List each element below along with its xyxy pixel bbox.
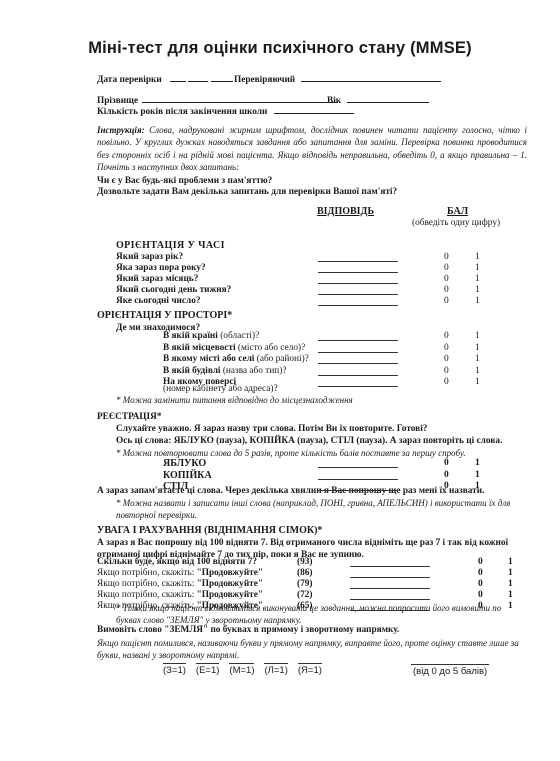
letter-scores: (З=1)(Е=1)(М=1)(Л=1)(Я=1) <box>163 665 332 676</box>
letter-score-item[interactable]: (Я=1) <box>298 663 322 676</box>
prompt-quote: "Продовжуйте" <box>197 590 263 600</box>
place-item-hint: (назва або тип)? <box>221 366 287 376</box>
total-range: (від 0 до 5 балів) <box>411 664 489 677</box>
letter-score-item[interactable]: (Л=1) <box>264 663 287 676</box>
registration-word: КОПІЙКА <box>163 470 212 481</box>
score-option-0[interactable]: 0 <box>444 481 449 491</box>
answer-line[interactable] <box>318 272 398 273</box>
date-label: Дата перевірки <box>97 75 162 85</box>
letter-score-item[interactable]: (М=1) <box>229 663 254 676</box>
school-years-label: Кількість років після закінчення школи <box>97 107 267 117</box>
time-question: Яке сьогодні число? <box>116 296 201 306</box>
school-years-field[interactable]: Кількість років після закінчення школи <box>97 104 354 117</box>
prompt-quote: "Продовжуйте" <box>197 601 263 611</box>
score-option-1[interactable]: 1 <box>475 331 480 341</box>
subtraction-prompt: Якщо потрібно, скажіть: "Продовжуйте" <box>97 590 263 600</box>
intro-question-1: Чи є у Вас будь-які проблеми з пам'яттю? <box>97 176 272 186</box>
score-option-1[interactable]: 1 <box>508 601 513 611</box>
score-option-1[interactable]: 1 <box>508 557 513 567</box>
place-question-item: В якій країні (області)? <box>163 331 259 341</box>
place-item-hint: (або районі)? <box>254 354 308 364</box>
place-note: * Можна замінити питання відповідно до м… <box>116 395 353 405</box>
score-option-1[interactable]: 1 <box>508 579 513 589</box>
date-field[interactable]: Дата перевірки <box>97 72 233 85</box>
score-option-0[interactable]: 0 <box>444 252 449 262</box>
spell-note: Якщо пацієнт помилився, називаючи букви … <box>97 637 527 662</box>
answer-line[interactable] <box>318 305 398 306</box>
answer-column-header: ВІДПОВІДЬ <box>317 206 374 217</box>
registration-line-1: Слухайте уважно. Я зараз назву три слова… <box>116 424 427 434</box>
subtraction-prompt: Якщо потрібно, скажіть: "Продовжуйте" <box>97 579 263 589</box>
registration-heading: РЕЄСТРАЦІЯ* <box>97 412 162 422</box>
score-option-0[interactable]: 0 <box>444 263 449 273</box>
score-option-1[interactable]: 1 <box>475 263 480 273</box>
place-question-item: В якій будівлі (назва або тип)? <box>163 366 287 376</box>
time-question: Який зараз рік? <box>116 252 183 262</box>
score-option-0[interactable]: 0 <box>444 366 449 376</box>
score-option-0[interactable]: 0 <box>478 568 483 578</box>
subtraction-prompt: Якщо потрібно, скажіть: "Продовжуйте" <box>97 601 263 611</box>
score-column-hint: (обведіть одну цифру) <box>412 218 500 228</box>
place-orientation-heading: ОРІЄНТАЦІЯ У ПРОСТОРІ* <box>97 310 232 321</box>
subtraction-prompt: Скільки буде, якщо від 100 відняти 7? <box>97 557 257 567</box>
score-option-1[interactable]: 1 <box>475 274 480 284</box>
score-option-1[interactable]: 1 <box>475 296 480 306</box>
letter-score-item[interactable]: (Е=1) <box>196 663 220 676</box>
expected-answer: (93) <box>297 557 313 567</box>
score-option-1[interactable]: 1 <box>475 470 480 480</box>
registration-note: * Можна повторювати слова до 5 разів, пр… <box>116 448 466 458</box>
score-option-0[interactable]: 0 <box>444 458 449 468</box>
registration-line-2: Ось ці слова: ЯБЛУКО (пауза), КОПІЙКА (п… <box>116 436 502 446</box>
score-option-0[interactable]: 0 <box>444 296 449 306</box>
score-option-0[interactable]: 0 <box>444 377 449 387</box>
prompt-text: Якщо потрібно, скажіть: <box>97 601 197 611</box>
place-item-bold: На якому поверсі <box>163 377 236 387</box>
answer-line[interactable] <box>318 363 398 364</box>
registration-word: СТІЛ <box>163 481 188 492</box>
answer-line[interactable] <box>318 375 398 376</box>
score-option-0[interactable]: 0 <box>444 285 449 295</box>
time-question: Який сьогодні день тижня? <box>116 285 231 295</box>
score-option-0[interactable]: 0 <box>444 274 449 284</box>
answer-line[interactable] <box>350 577 430 578</box>
answer-line[interactable] <box>318 283 398 284</box>
prompt-text: Якщо потрібно, скажіть: <box>97 579 197 589</box>
prompt-text: Якщо потрібно, скажіть: <box>97 568 197 578</box>
answer-line[interactable] <box>318 479 398 480</box>
score-option-0[interactable]: 0 <box>444 343 449 353</box>
score-option-0[interactable]: 0 <box>478 601 483 611</box>
score-option-0[interactable]: 0 <box>444 470 449 480</box>
score-option-1[interactable]: 1 <box>508 590 513 600</box>
score-option-1[interactable]: 1 <box>475 252 480 262</box>
subtraction-prompt: Якщо потрібно, скажіть: "Продовжуйте" <box>97 568 263 578</box>
place-item-bold: В якій місцевості <box>163 343 236 353</box>
place-item-bold: В якому місті або селі <box>163 354 254 364</box>
score-option-1[interactable]: 1 <box>508 568 513 578</box>
expected-answer: (72) <box>297 590 313 600</box>
place-question-item: В якій місцевості (місто або село)? <box>163 343 305 353</box>
place-item-bold: В якій будівлі <box>163 366 221 376</box>
score-option-0[interactable]: 0 <box>444 354 449 364</box>
letter-score-item[interactable]: (З=1) <box>163 663 186 676</box>
examiner-label: Перевіряючий <box>234 75 295 85</box>
place-item-bold: В якій країні <box>163 331 218 341</box>
registration-note-2: * Можна назвати і записати інші слова (н… <box>116 497 526 522</box>
time-question: Яка зараз пора року? <box>116 263 206 273</box>
answer-line[interactable] <box>318 340 398 341</box>
score-option-1[interactable]: 1 <box>475 481 480 491</box>
answer-line[interactable] <box>318 261 398 262</box>
score-option-1[interactable]: 1 <box>475 343 480 353</box>
score-option-1[interactable]: 1 <box>475 377 480 387</box>
examiner-field[interactable]: Перевіряючий <box>234 72 441 85</box>
registration-remember: А зараз запам'ятаєте ці слова. Через дек… <box>97 486 484 496</box>
prompt-quote: "Продовжуйте" <box>197 568 263 578</box>
prompt-text: Якщо потрібно, скажіть: <box>97 590 197 600</box>
answer-line[interactable] <box>350 566 430 567</box>
expected-answer: (86) <box>297 568 313 578</box>
answer-line[interactable] <box>318 490 398 491</box>
answer-line[interactable] <box>318 294 398 295</box>
time-orientation-heading: ОРІЄНТАЦІЯ У ЧАСІ <box>116 240 225 251</box>
answer-line[interactable] <box>318 386 398 387</box>
page-title: Міні-тест для оцінки психічного стану (M… <box>0 39 560 58</box>
score-option-1[interactable]: 1 <box>475 285 480 295</box>
score-option-1[interactable]: 1 <box>475 354 480 364</box>
score-option-0[interactable]: 0 <box>444 331 449 341</box>
place-item-hint: (області)? <box>218 331 259 341</box>
prompt-quote: "Продовжуйте" <box>197 579 263 589</box>
score-option-0[interactable]: 0 <box>478 557 483 567</box>
score-option-0[interactable]: 0 <box>478 590 483 600</box>
answer-line[interactable] <box>350 588 430 589</box>
registration-word: ЯБЛУКО <box>163 458 206 469</box>
place-question-item: В якому місті або селі (або районі)? <box>163 354 309 364</box>
answer-line[interactable] <box>318 352 398 353</box>
score-column-header: БАЛ <box>447 206 468 217</box>
answer-line[interactable] <box>350 599 430 600</box>
instructions-text: Слова, надруковані жирним шрифтом, дослі… <box>97 125 527 172</box>
score-option-1[interactable]: 1 <box>475 366 480 376</box>
attention-heading: УВАГА І РАХУВАННЯ (ВІДНІМАННЯ СІМОК)* <box>97 525 322 536</box>
score-option-0[interactable]: 0 <box>478 579 483 589</box>
spell-instruction: Вимовіть слово "ЗЕМЛЯ" по буквах в прямо… <box>97 625 399 635</box>
time-question: Який зараз місяць? <box>116 274 198 284</box>
expected-answer: (79) <box>297 579 313 589</box>
instructions: Інструкція: Слова, надруковані жирним шр… <box>97 124 527 173</box>
intro-question-2: Дозвольте задати Вам декілька запитань д… <box>97 187 397 197</box>
place-item-hint: (місто або село)? <box>236 343 306 353</box>
place-question-item: На якому поверсі <box>163 377 236 387</box>
instructions-label: Інструкція: <box>97 125 145 135</box>
score-option-1[interactable]: 1 <box>475 458 480 468</box>
answer-line[interactable] <box>318 467 398 468</box>
expected-answer: (65) <box>297 601 313 611</box>
answer-line[interactable] <box>350 610 430 611</box>
